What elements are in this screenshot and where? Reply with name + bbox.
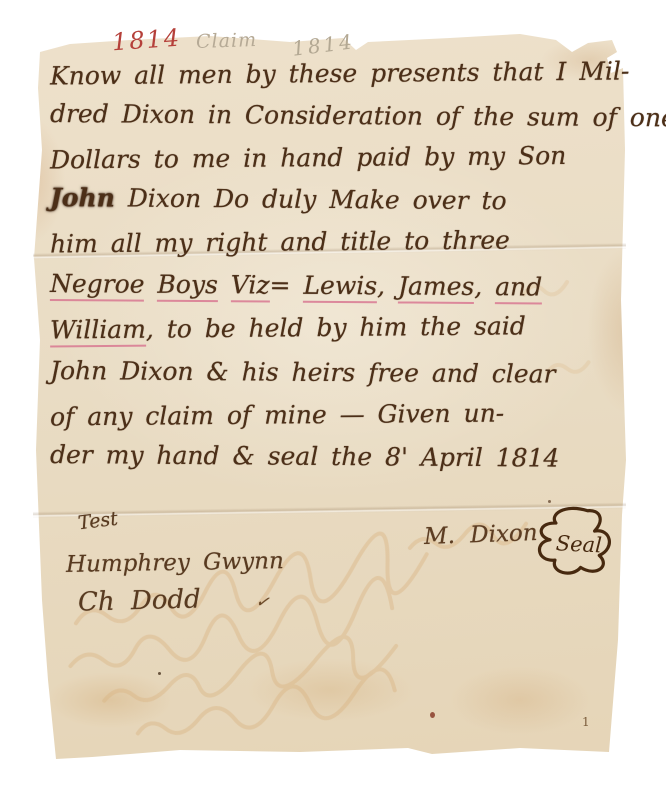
manuscript-text: of any claim of mine — Given un- — [50, 399, 504, 432]
manuscript-text — [144, 270, 157, 299]
manuscript-line: William, to be held by him the said — [50, 306, 620, 353]
manuscript-line: Negroe Boys Viz= Lewis, James, and — [50, 264, 620, 310]
manuscript-line: John Dixon Do duly Make over to — [50, 178, 620, 224]
ink-speck — [158, 672, 161, 675]
manuscript-text: , — [474, 272, 495, 301]
seal-scribble: Seal — [526, 502, 620, 581]
underlined-word: William — [50, 315, 146, 348]
manuscript-line: of any claim of mine — Given un- — [50, 393, 620, 440]
page-number: 1 — [582, 715, 590, 729]
underlined-word: Viz — [231, 270, 270, 302]
manuscript-line: dred Dixon in Consideration of the sum o… — [50, 94, 620, 140]
manuscript-text: der my hand & seal the 8' April 1814 — [50, 440, 560, 473]
witness-flourish-mark: ✓ — [255, 591, 271, 612]
manuscript-line: Know all men by these presents that I Mi… — [50, 52, 620, 99]
manuscript-text: , to be held by him the said — [146, 311, 526, 343]
manuscript-text: = — [269, 271, 303, 300]
manuscript-text: John — [50, 183, 115, 212]
underlined-word: Negroe — [50, 269, 145, 302]
underlined-word: and — [495, 272, 542, 304]
manuscript-text: him all my right and title to three — [50, 225, 510, 258]
pencil-claim-annotation: Claim — [196, 29, 258, 53]
seal-label: Seal — [555, 531, 602, 557]
ink-speck — [548, 500, 551, 503]
underlined-word: Boys — [157, 270, 218, 302]
manuscript-text: dred Dixon in Consideration of the sum o… — [50, 99, 666, 132]
manuscript-text-block: Know all men by these presents that I Mi… — [50, 54, 620, 479]
manuscript-text: John Dixon & his heirs free and clear — [50, 356, 556, 389]
manuscript-text: , — [377, 271, 398, 300]
manuscript-text: Dixon Do duly Make over to — [115, 183, 507, 215]
underlined-word: James — [398, 271, 474, 304]
manuscript-line: him all my right and title to three — [50, 220, 620, 267]
manuscript-text: Dollars to me in hand paid by my Son — [50, 141, 567, 175]
signature-m-dixon: M. Dixon — [424, 520, 538, 550]
underlined-word: Lewis — [303, 271, 377, 304]
witness-signature-dodd: Ch Dodd — [78, 584, 201, 617]
red-stain-speck — [430, 712, 435, 718]
document-photo: 1814 Claim 1814 Know all men by these pr… — [0, 0, 666, 800]
manuscript-line: John Dixon & his heirs free and clear — [50, 351, 620, 397]
red-ink-year-annotation: 1814 — [111, 24, 182, 57]
manuscript-text — [218, 270, 231, 299]
manuscript-line: der my hand & seal the 8' April 1814 — [50, 435, 620, 481]
manuscript-text: Know all men by these presents that I Mi… — [50, 56, 630, 90]
manuscript-line: Dollars to me in hand paid by my Son — [50, 136, 620, 183]
witness-signature-gwynn: Humphrey Gwynn — [66, 548, 284, 578]
